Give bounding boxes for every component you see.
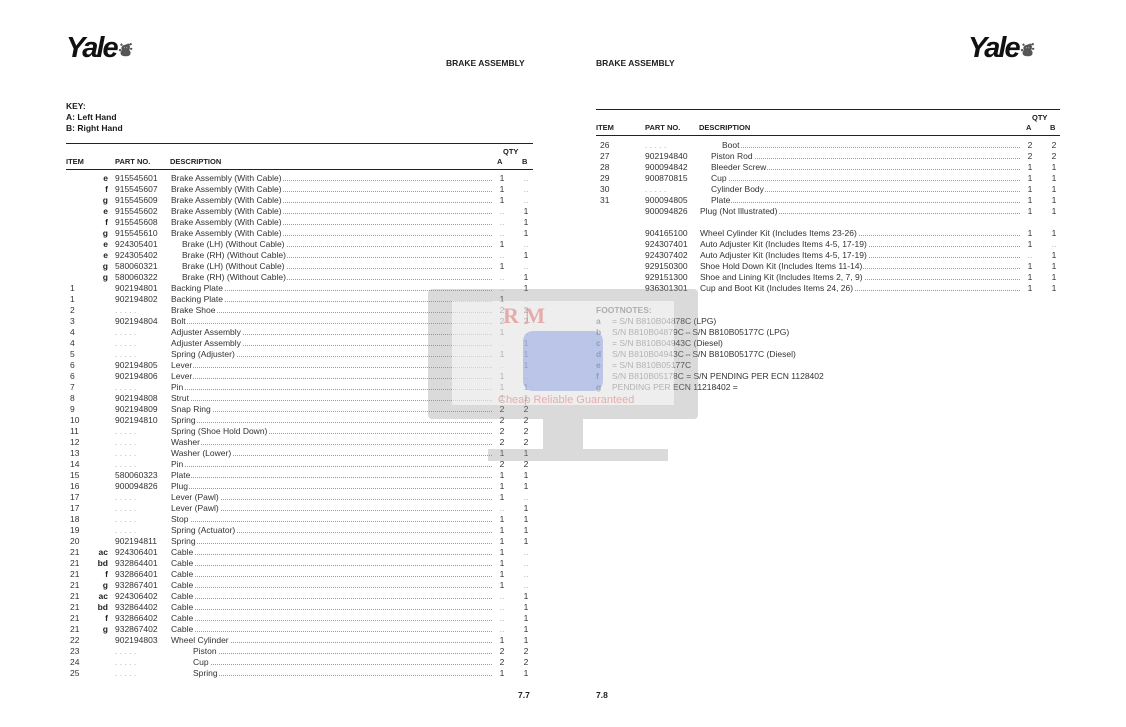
- table-row: 23. . . . .Piston22: [66, 646, 533, 657]
- description: Cup: [193, 657, 492, 668]
- header-item: ITEM: [66, 157, 84, 166]
- qty-b: 1: [1049, 261, 1059, 272]
- description: Shoe and Lining Kit (Includes Items 2, 7…: [700, 272, 1020, 283]
- table-row: 28900094842Bleeder Screw11: [596, 162, 1060, 173]
- qty-b: 2: [521, 437, 531, 448]
- description: Spring (Adjuster): [171, 349, 492, 360]
- description: Adjuster Assembly: [171, 338, 492, 349]
- qty-a: ..: [497, 228, 507, 239]
- table-row: f915545608Brake Assembly (With Cable)..1: [66, 217, 533, 228]
- part-number: 915545607: [115, 184, 158, 195]
- part-number: 900094826: [645, 206, 688, 217]
- parts-table: e915545601Brake Assembly (With Cable)1..…: [66, 173, 533, 679]
- footnote-text: S/N B810B05178C = S/N PENDING PER ECN 11…: [612, 371, 824, 381]
- footnote-code: g: [66, 228, 108, 239]
- table-row: 21ac924306401Cable1..: [66, 547, 533, 558]
- footnote-code: f: [66, 613, 108, 624]
- description: Brake (RH) (Without Cable): [182, 272, 492, 283]
- qty-a: 1: [497, 349, 507, 360]
- part-number: 904165100: [645, 228, 688, 239]
- part-number: 900094826: [115, 481, 158, 492]
- table-row: 4. . . . .Adjuster Assembly1..: [66, 327, 533, 338]
- qty-a: 2: [497, 305, 507, 316]
- header-part-no: PART NO.: [115, 157, 150, 166]
- table-row: 24. . . . .Cup22: [66, 657, 533, 668]
- part-number: . . . . .: [115, 668, 136, 679]
- item-number: 6: [70, 360, 75, 371]
- page-number: 7.8: [596, 690, 608, 700]
- description: Pin: [171, 459, 492, 470]
- key-line-a: A: Left Hand: [66, 112, 123, 123]
- header-qty-b: B: [1050, 123, 1055, 132]
- qty-b: 1: [521, 206, 531, 217]
- footnote-code: ac: [66, 547, 108, 558]
- table-row: 30. . . . .Cylinder Body11: [596, 184, 1060, 195]
- qty-b: 2: [521, 404, 531, 415]
- qty-b: 1: [521, 393, 531, 404]
- qty-a: ..: [497, 360, 507, 371]
- qty-b: 1: [1049, 162, 1059, 173]
- table-row: 2. . . . .Brake Shoe22: [66, 305, 533, 316]
- qty-b: 1: [521, 272, 531, 283]
- qty-a: 1: [1025, 283, 1035, 294]
- description: Spring: [171, 415, 492, 426]
- part-number: . . . . .: [115, 657, 136, 668]
- qty-a: 2: [497, 426, 507, 437]
- part-number: . . . . .: [115, 525, 136, 536]
- qty-b: 1: [521, 448, 531, 459]
- table-row: [596, 217, 1060, 228]
- description: Auto Adjuster Kit (Includes Items 4-5, 1…: [700, 250, 1020, 261]
- table-row: 9902194809Snap Ring22: [66, 404, 533, 415]
- footnote-code: bd: [66, 602, 108, 613]
- description: Strut: [171, 393, 492, 404]
- description: Brake Assembly (With Cable): [171, 206, 492, 217]
- part-number: 902194805: [115, 360, 158, 371]
- part-number: 932866401: [115, 569, 158, 580]
- description: Cup and Boot Kit (Includes Items 24, 26): [700, 283, 1020, 294]
- table-row: 22902194803Wheel Cylinder11: [66, 635, 533, 646]
- part-number: . . . . .: [115, 514, 136, 525]
- qty-b: 1: [1049, 206, 1059, 217]
- table-row: 21f932866401Cable1..: [66, 569, 533, 580]
- qty-a: 1: [497, 173, 507, 184]
- header-qty-a: A: [1026, 123, 1031, 132]
- table-row: 12. . . . .Washer22: [66, 437, 533, 448]
- description: Brake Assembly (With Cable): [171, 228, 492, 239]
- table-row: 7. . . . .Pin11: [66, 382, 533, 393]
- item-number: 14: [70, 459, 79, 470]
- qty-b: 1: [521, 514, 531, 525]
- table-row: 1902194802Backing Plate1..: [66, 294, 533, 305]
- description: Washer: [171, 437, 492, 448]
- key-line-b: B: Right Hand: [66, 123, 123, 134]
- footnote-key: f: [596, 371, 612, 382]
- table-row: 21bd932864401Cable1..: [66, 558, 533, 569]
- part-number: 915545608: [115, 217, 158, 228]
- header-rule-bottom: [66, 169, 533, 170]
- qty-b: ..: [521, 558, 531, 569]
- qty-a: ..: [497, 602, 507, 613]
- description: Brake Assembly (With Cable): [171, 184, 492, 195]
- qty-b: 1: [1049, 283, 1059, 294]
- qty-b: 1: [521, 228, 531, 239]
- qty-a: 1: [497, 492, 507, 503]
- qty-b: 2: [521, 316, 531, 327]
- description: Cable: [171, 591, 492, 602]
- header-rule-top: [66, 143, 533, 144]
- qty-b: 1: [521, 668, 531, 679]
- qty-b: 1: [521, 283, 531, 294]
- footnote-code: ac: [66, 591, 108, 602]
- part-number: 932867402: [115, 624, 158, 635]
- item-number: 3: [70, 316, 75, 327]
- footnote-key: b: [596, 327, 612, 338]
- qty-a: 1: [1025, 206, 1035, 217]
- qty-b: 2: [521, 657, 531, 668]
- description: Cable: [171, 580, 492, 591]
- item-number: 12: [70, 437, 79, 448]
- part-number: 932866402: [115, 613, 158, 624]
- description: Spring (Actuator): [171, 525, 492, 536]
- qty-b: 1: [1049, 195, 1059, 206]
- qty-b: 2: [521, 305, 531, 316]
- description: Cable: [171, 602, 492, 613]
- table-row: 19. . . . .Spring (Actuator)11: [66, 525, 533, 536]
- item-number: 25: [70, 668, 79, 679]
- qty-b: 1: [521, 591, 531, 602]
- description: Spring: [193, 668, 492, 679]
- forklift-icon: ⛇: [119, 39, 133, 60]
- qty-a: 2: [497, 646, 507, 657]
- part-number: . . . . .: [115, 338, 136, 349]
- part-number: . . . . .: [115, 646, 136, 657]
- qty-a: 1: [1025, 261, 1035, 272]
- qty-b: 2: [521, 646, 531, 657]
- part-number: 900094805: [645, 195, 688, 206]
- item-number: 17: [70, 503, 79, 514]
- qty-a: 1: [497, 448, 507, 459]
- part-number: 902194809: [115, 404, 158, 415]
- description: Washer (Lower): [171, 448, 492, 459]
- part-number: 932864401: [115, 558, 158, 569]
- qty-a: 1: [497, 294, 507, 305]
- qty-a: 2: [497, 437, 507, 448]
- part-number: 902194840: [645, 151, 688, 162]
- qty-a: 1: [497, 261, 507, 272]
- table-row: 5. . . . .Spring (Adjuster)11: [66, 349, 533, 360]
- part-number: 932867401: [115, 580, 158, 591]
- qty-b: ..: [521, 580, 531, 591]
- qty-b: ..: [521, 547, 531, 558]
- part-number: . . . . .: [115, 448, 136, 459]
- part-number: . . . . .: [645, 140, 666, 151]
- item-number: 13: [70, 448, 79, 459]
- item-number: 16: [70, 481, 79, 492]
- footnote-g: gPENDING PER ECN 11218402 =: [596, 382, 824, 393]
- part-number: 915545601: [115, 173, 158, 184]
- footnote-f: fS/N B810B05178C = S/N PENDING PER ECN 1…: [596, 371, 824, 382]
- item-number: 23: [70, 646, 79, 657]
- table-row: 6902194805Lever..1: [66, 360, 533, 371]
- description: Lever: [171, 371, 492, 382]
- description: Backing Plate: [171, 283, 492, 294]
- qty-b: 1: [521, 250, 531, 261]
- table-row: 29900870815Cup11: [596, 173, 1060, 184]
- footnote-key: d: [596, 349, 612, 360]
- qty-a: 1: [497, 635, 507, 646]
- qty-b: 1: [1049, 250, 1059, 261]
- qty-a: 1: [497, 514, 507, 525]
- table-row: 31900094805Plate11: [596, 195, 1060, 206]
- part-number: . . . . .: [115, 459, 136, 470]
- left-page: Yale⛇ BRAKE ASSEMBLY KEY: A: Left Hand B…: [66, 0, 533, 727]
- table-row: 21f932866402Cable..1: [66, 613, 533, 624]
- qty-a: 1: [497, 580, 507, 591]
- page-number: 7.7: [518, 690, 530, 700]
- table-row: 924307402Auto Adjuster Kit (Includes Ite…: [596, 250, 1060, 261]
- part-number: 915545610: [115, 228, 158, 239]
- table-row: 17. . . . .Lever (Pawl)1..: [66, 492, 533, 503]
- yale-logo: Yale⛇: [968, 32, 1035, 65]
- footnote-e: e= S/N B810B05177C: [596, 360, 824, 371]
- part-number: 900870815: [645, 173, 688, 184]
- qty-b: 1: [521, 481, 531, 492]
- qty-b: ..: [521, 261, 531, 272]
- watermark-key-icon: [523, 331, 603, 391]
- table-row: g915545610Brake Assembly (With Cable)..1: [66, 228, 533, 239]
- qty-a: 1: [497, 668, 507, 679]
- table-row: e915545602Brake Assembly (With Cable)..1: [66, 206, 533, 217]
- part-number: 924306401: [115, 547, 158, 558]
- item-number: 22: [70, 635, 79, 646]
- part-number: 902194804: [115, 316, 158, 327]
- item-number: 24: [70, 657, 79, 668]
- qty-a: 2: [497, 657, 507, 668]
- table-row: 25. . . . .Spring11: [66, 668, 533, 679]
- qty-b: ..: [521, 184, 531, 195]
- qty-a: 1: [1025, 184, 1035, 195]
- table-row: g580060322Brake (RH) (Without Cable)..1: [66, 272, 533, 283]
- footnote-key: g: [596, 382, 612, 393]
- qty-a: ..: [497, 613, 507, 624]
- section-title: BRAKE ASSEMBLY: [596, 58, 675, 68]
- footnotes: FOOTNOTES: a= S/N B810B04878C (LPG)bS/N …: [596, 305, 824, 393]
- qty-header: QTY: [1032, 113, 1047, 122]
- footnote-text: = S/N B810B04943C (Diesel): [612, 338, 723, 348]
- qty-b: ..: [521, 371, 531, 382]
- part-number: . . . . .: [115, 492, 136, 503]
- footnote-code: f: [66, 569, 108, 580]
- part-number: . . . . .: [115, 327, 136, 338]
- qty-b: 1: [521, 536, 531, 547]
- qty-a: 1: [497, 525, 507, 536]
- table-row: 27902194840Piston Rod22: [596, 151, 1060, 162]
- part-number: . . . . .: [115, 382, 136, 393]
- qty-b: 1: [521, 217, 531, 228]
- table-row: 924307401Auto Adjuster Kit (Includes Ite…: [596, 239, 1060, 250]
- description: Lever (Pawl): [171, 492, 492, 503]
- qty-b: 1: [1049, 184, 1059, 195]
- part-number: 936301301: [645, 283, 688, 294]
- part-number: 915545609: [115, 195, 158, 206]
- description: Brake (LH) (Without Cable): [182, 239, 492, 250]
- footnote-d: dS/N B810B04943C⇔S/N B810B05177C (Diesel…: [596, 349, 824, 360]
- description: Auto Adjuster Kit (Includes Items 4-5, 1…: [700, 239, 1020, 250]
- table-row: 900094826Plug (Not Illustrated)11: [596, 206, 1060, 217]
- table-row: 17. . . . .Lever (Pawl)..1: [66, 503, 533, 514]
- table-row: 10902194810Spring22: [66, 415, 533, 426]
- item-number: 6: [70, 371, 75, 382]
- qty-b: 1: [521, 525, 531, 536]
- table-row: 20902194811Spring11: [66, 536, 533, 547]
- table-row: 26. . . . .Boot22: [596, 140, 1060, 151]
- table-row: f915545607Brake Assembly (With Cable)1..: [66, 184, 533, 195]
- qty-a: 1: [1025, 162, 1035, 173]
- qty-b: ..: [521, 195, 531, 206]
- description: Cable: [171, 547, 492, 558]
- item-number: 1: [70, 294, 75, 305]
- table-row: 15580060323Plate11: [66, 470, 533, 481]
- right-page: BRAKE ASSEMBLY Yale⛇ QTY ITEM PART NO. D…: [596, 0, 1060, 727]
- description: Backing Plate: [171, 294, 492, 305]
- qty-a: ..: [497, 503, 507, 514]
- qty-a: 1: [1025, 272, 1035, 283]
- footnote-text: = S/N B810B05177C: [612, 360, 691, 370]
- part-number: 932864402: [115, 602, 158, 613]
- part-number: 924307401: [645, 239, 688, 250]
- section-title: BRAKE ASSEMBLY: [446, 58, 525, 68]
- part-number: 924305402: [115, 250, 158, 261]
- footnote-code: g: [66, 272, 108, 283]
- footnote-code: g: [66, 580, 108, 591]
- qty-b: 1: [521, 613, 531, 624]
- description: Brake Assembly (With Cable): [171, 217, 492, 228]
- qty-a: 1: [497, 481, 507, 492]
- qty-a: 2: [497, 316, 507, 327]
- item-number: 8: [70, 393, 75, 404]
- header-part-no: PART NO.: [645, 123, 680, 132]
- part-number: 915545602: [115, 206, 158, 217]
- table-row: 929150300Shoe Hold Down Kit (Includes It…: [596, 261, 1060, 272]
- description: Bolt: [171, 316, 492, 327]
- description: Cable: [171, 613, 492, 624]
- description: Plate: [711, 195, 1020, 206]
- qty-b: ..: [521, 173, 531, 184]
- qty-a: 1: [1025, 239, 1035, 250]
- qty-b: ..: [1049, 239, 1059, 250]
- description: Boot: [722, 140, 1020, 151]
- description: Plug: [171, 481, 492, 492]
- footnotes-title: FOOTNOTES:: [596, 305, 824, 316]
- qty-a: 1: [1025, 195, 1035, 206]
- footnote-text: = S/N B810B04878C (LPG): [612, 316, 716, 326]
- footnote-code: f: [66, 184, 108, 195]
- footnote-code: e: [66, 206, 108, 217]
- description: Cup: [711, 173, 1020, 184]
- qty-b: 1: [521, 624, 531, 635]
- item-number: 17: [70, 492, 79, 503]
- qty-a: 1: [497, 327, 507, 338]
- item-number: 5: [70, 349, 75, 360]
- footnote-text: PENDING PER ECN 11218402 =: [612, 382, 738, 392]
- item-number: 1: [70, 283, 75, 294]
- part-number: 580060321: [115, 261, 158, 272]
- forklift-icon: ⛇: [1021, 39, 1035, 60]
- description: Cable: [171, 624, 492, 635]
- table-row: 21bd932864402Cable..1: [66, 602, 533, 613]
- item-number: 7: [70, 382, 75, 393]
- description: Spring: [171, 536, 492, 547]
- qty-a: 1: [497, 393, 507, 404]
- footnote-key: a: [596, 316, 612, 327]
- header-qty-a: A: [497, 157, 502, 166]
- part-number: 924307402: [645, 250, 688, 261]
- part-number: . . . . .: [115, 503, 136, 514]
- qty-b: 1: [521, 635, 531, 646]
- description: Lever (Pawl): [171, 503, 492, 514]
- item-number: 10: [70, 415, 79, 426]
- qty-a: 1: [497, 547, 507, 558]
- item-number: 15: [70, 470, 79, 481]
- yale-logo: Yale⛇: [66, 32, 133, 65]
- qty-a: ..: [497, 250, 507, 261]
- footnote-key: e: [596, 360, 612, 371]
- qty-a: 1: [497, 195, 507, 206]
- qty-b: 1: [521, 338, 531, 349]
- description: Cable: [171, 569, 492, 580]
- qty-a: ..: [1025, 250, 1035, 261]
- description: Bleeder Screw: [711, 162, 1020, 173]
- part-number: 929151300: [645, 272, 688, 283]
- item-number: 4: [70, 338, 75, 349]
- qty-a: 1: [497, 470, 507, 481]
- part-number: 580060322: [115, 272, 158, 283]
- footnote-code: g: [66, 624, 108, 635]
- description: Shoe Hold Down Kit (Includes Items 11-14…: [700, 261, 1020, 272]
- part-number: . . . . .: [115, 426, 136, 437]
- qty-b: 1: [521, 382, 531, 393]
- qty-b: 1: [521, 349, 531, 360]
- qty-b: ..: [521, 294, 531, 305]
- table-row: 3902194804Bolt22: [66, 316, 533, 327]
- header-item: ITEM: [596, 123, 614, 132]
- part-number: 924305401: [115, 239, 158, 250]
- description: Cable: [171, 558, 492, 569]
- parts-table: 26. . . . .Boot2227902194840Piston Rod22…: [596, 140, 1060, 294]
- qty-a: 1: [497, 569, 507, 580]
- qty-header: QTY: [503, 147, 518, 156]
- table-row: 13. . . . .Washer (Lower)11: [66, 448, 533, 459]
- qty-a: 2: [1025, 151, 1035, 162]
- description: Brake (RH) (Without Cable): [182, 250, 492, 261]
- table-row: 8902194808Strut11: [66, 393, 533, 404]
- description: Brake Assembly (With Cable): [171, 173, 492, 184]
- description: Snap Ring: [171, 404, 492, 415]
- qty-a: ..: [497, 591, 507, 602]
- footnote-code: g: [66, 195, 108, 206]
- table-row: 11. . . . .Spring (Shoe Hold Down)22: [66, 426, 533, 437]
- table-row: e924305402Brake (RH) (Without Cable)..1: [66, 250, 533, 261]
- footnote-code: e: [66, 250, 108, 261]
- table-row: 904165100Wheel Cylinder Kit (Includes It…: [596, 228, 1060, 239]
- part-number: 902194810: [115, 415, 158, 426]
- qty-a: 1: [1025, 173, 1035, 184]
- qty-b: ..: [521, 327, 531, 338]
- table-row: 14. . . . .Pin22: [66, 459, 533, 470]
- qty-a: 1: [497, 371, 507, 382]
- part-number: 902194801: [115, 283, 158, 294]
